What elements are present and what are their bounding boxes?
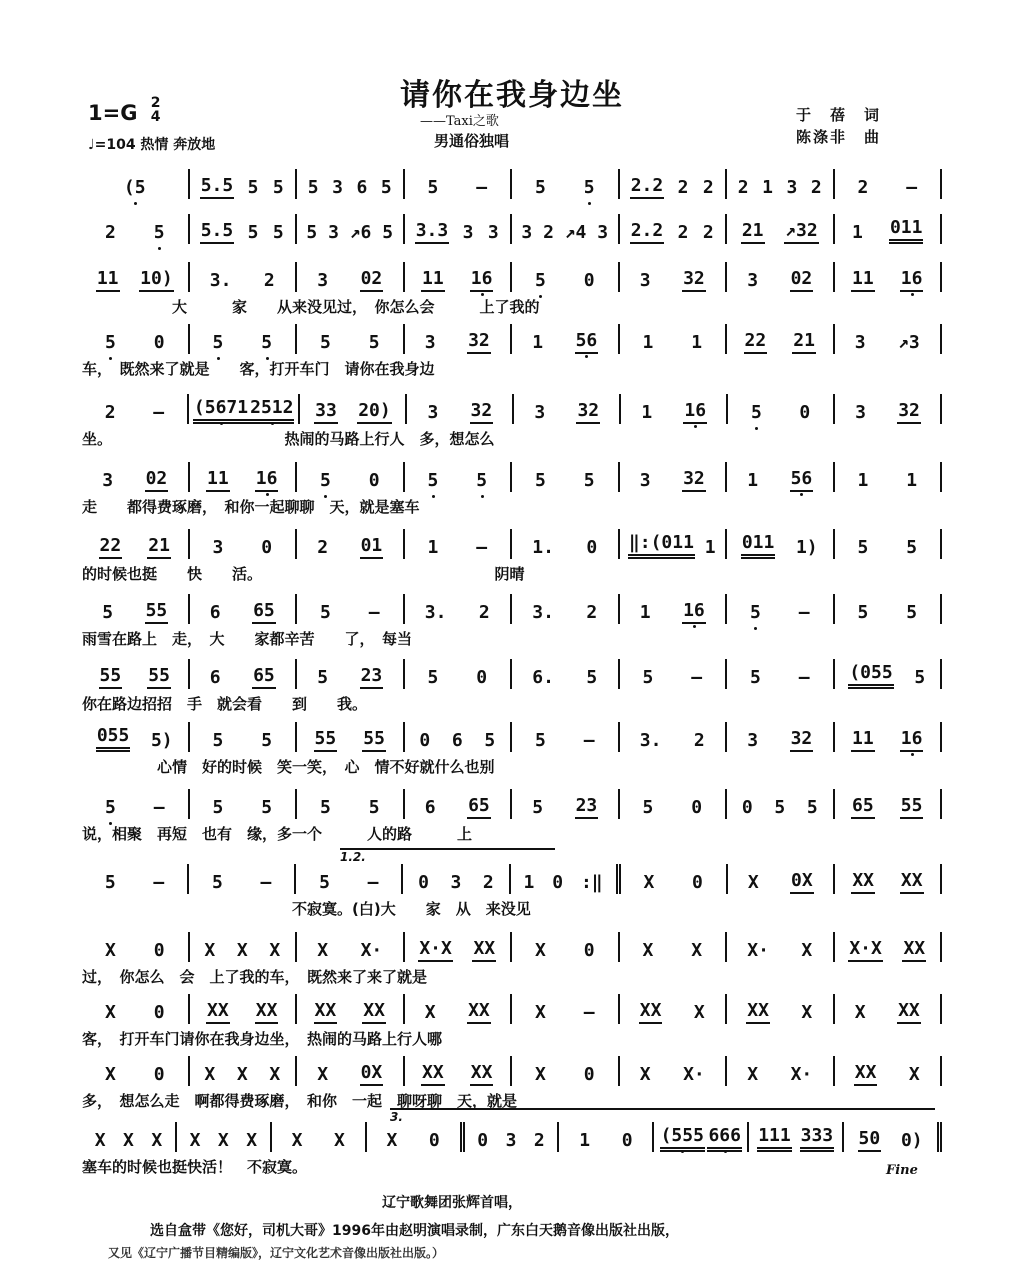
measure: 523 [512, 789, 620, 819]
note-group: 5 [305, 222, 318, 244]
measure: 55 [835, 594, 943, 624]
note-group: – [690, 667, 703, 689]
measure: XXX [190, 932, 298, 962]
note-group: 3 [746, 270, 759, 292]
score-row: 2221302011–1.0‖:(01110111)55的时候也挺 快 活。 阴… [82, 525, 942, 587]
note-group: 3 [487, 222, 500, 244]
measure: XX [620, 932, 728, 962]
note-group: 1 [578, 1130, 591, 1152]
measure: 1.0 [512, 529, 620, 559]
measure: 55 [512, 169, 620, 199]
measure: 5– [727, 594, 835, 624]
lyric-text: 客， 打开车门请你在我身边坐， 热闹的马路上行人哪 [82, 1028, 942, 1049]
note-group: X [747, 872, 760, 894]
note-group: 6 [451, 730, 464, 752]
lyrics-line: 的时候也挺 快 活。 阴晴 [82, 559, 942, 587]
note-group: 5 [380, 177, 393, 199]
score-row: XXXXXXXXX003210(555666111333500)塞车的时候也挺快… [82, 1118, 942, 1180]
score-row: X0XXXXXXXXXXXX–XXXXXXXXX客， 打开车门请你在我身边坐， … [82, 990, 942, 1052]
measure: 0111) [727, 529, 835, 559]
measure: X0 [512, 1056, 620, 1086]
note-group: 32 [470, 400, 494, 424]
note-group: 5 [806, 797, 819, 819]
notes-line: 5055553321561122213↗3 [82, 320, 942, 354]
note-group: 5 [641, 667, 654, 689]
note-group: 5 [104, 332, 117, 354]
note-group: 21 [792, 330, 816, 354]
note-group: X [534, 940, 547, 962]
measure: XXX [82, 1122, 177, 1152]
note-group: 65 [467, 795, 491, 819]
note-group: 5 [211, 797, 224, 819]
measure: 2– [835, 169, 943, 199]
note-group: 5 [319, 470, 332, 492]
measure: 55 [512, 462, 620, 492]
measure: 5– [727, 659, 835, 689]
note-group: X [104, 1002, 117, 1024]
note-group: X [534, 1064, 547, 1086]
key-signature: 1=G 2 4 [88, 100, 161, 128]
note-group: 55 [145, 600, 169, 624]
measure: X0 [82, 932, 190, 962]
note-group: 1 [851, 222, 864, 244]
note-group: XX [897, 1000, 921, 1024]
note-group: 2 [702, 222, 715, 244]
note-group: 0) [900, 1130, 924, 1152]
measure: XX [272, 1122, 367, 1152]
measure: 1– [405, 529, 513, 559]
measure: X0 [367, 1122, 465, 1152]
note-group: 3 [520, 222, 533, 244]
measure: 332 [727, 722, 835, 752]
note-group: X [291, 1130, 304, 1152]
note-group: – [798, 602, 811, 624]
note-group: X [639, 1064, 652, 1086]
measure: 50 [728, 394, 835, 424]
note-group: 5) [150, 730, 174, 752]
note-group: 22 [744, 330, 768, 354]
measure: 6.5 [512, 659, 620, 689]
note-group: 5 [247, 222, 260, 244]
measure: X0X [728, 864, 835, 894]
score-row: 0555)5555550655–3.23321116 心情 好的时候 笑一笑， … [82, 718, 942, 780]
note-group: 5 [534, 470, 547, 492]
note-group: XX [851, 870, 875, 894]
note-group: – [152, 402, 165, 424]
note-group: XX [362, 1000, 386, 1024]
note-group: 5 [319, 797, 332, 819]
note-group: XX [206, 1000, 230, 1024]
note-group: 65 [252, 600, 276, 624]
note-group: X [385, 1130, 398, 1152]
note-group: 16 [683, 400, 707, 424]
score-row: 5555665523506.55–5–(0555你在路边招招 手 就会看 到 我… [82, 655, 942, 717]
lyric-text: 走 都得费琢磨， 和你一起聊聊 天，就是塞车 [82, 496, 942, 517]
measure: 116 [620, 594, 728, 624]
measure: 1116 [190, 462, 298, 492]
note-group: 0X [790, 870, 814, 894]
volta-bracket-1-2: 1.2. [340, 848, 555, 864]
note-group: 5 [247, 177, 260, 199]
measure: X·XXX [405, 932, 513, 962]
note-group: 32 [467, 330, 491, 354]
note-group: 5 [475, 470, 488, 492]
measure: 5.555 [190, 169, 298, 199]
measure: 302 [297, 262, 405, 292]
score-row: (55.55553655–552.22221322– [82, 165, 942, 199]
lyric-text: 你在路边招招 手 就会看 到 我。 [82, 693, 942, 714]
measure: 32↗43 [512, 214, 620, 244]
note-group: 2512 [249, 397, 294, 424]
measure: 5– [405, 169, 513, 199]
note-group: XX [900, 870, 924, 894]
note-group: XX [467, 1000, 491, 1024]
notes-line: X0XXXXXXXXXXXX–XXXXXXXXX [82, 990, 942, 1024]
note-group: 22 [99, 535, 123, 559]
song-subtitle: ——Taxi之歌 [420, 110, 499, 129]
note-group: 2 [316, 537, 329, 559]
note-group: 0 [585, 537, 598, 559]
measure: XXXX [835, 864, 942, 894]
note-group: 3. [531, 602, 555, 624]
note-group: 0 [690, 797, 703, 819]
measure: 302 [727, 262, 835, 292]
measure: 11 [620, 324, 728, 354]
measure: 665 [190, 594, 298, 624]
lyrics-line: 塞车的时候也挺快活！ 不寂寞。 [82, 1152, 942, 1180]
measure: 156 [727, 462, 835, 492]
measure: 032 [403, 864, 510, 894]
note-group: 0 [691, 872, 704, 894]
measure: 50 [297, 462, 405, 492]
lyricist: 于 蓓 词 [796, 104, 881, 126]
measure: 2.222 [620, 169, 728, 199]
note-group: 23 [575, 795, 599, 819]
note-group: 6 [356, 177, 369, 199]
measure: XXX [177, 1122, 272, 1152]
note-group: 055 [96, 725, 131, 752]
lyric-text: 塞车的时候也挺快活！ 不寂寞。 [82, 1156, 942, 1177]
note-group: 20) [357, 400, 392, 424]
note-group: 0 [741, 797, 754, 819]
note-group: 21 [147, 535, 171, 559]
note-group: X [800, 1002, 813, 1024]
note-group: (555 [660, 1125, 705, 1152]
note-group: XX [854, 1062, 878, 1086]
note-group: 5 [426, 177, 439, 199]
note-group: X [150, 1130, 163, 1152]
note-group: X [316, 1064, 329, 1086]
note-group: 1 [522, 872, 535, 894]
note-group: 3 [424, 332, 437, 354]
note-group: 3 [505, 1130, 518, 1152]
note-group: 11 [851, 728, 875, 752]
note-group: ↗6 [349, 222, 373, 244]
note-group: 2 [702, 177, 715, 199]
note-group: 666 [707, 1125, 742, 1152]
measure: 3↗3 [835, 324, 943, 354]
note-group: 333 [800, 1125, 835, 1152]
measure: 10:‖ [511, 864, 621, 894]
note-group: 5 [368, 797, 381, 819]
measure: 1116 [835, 262, 943, 292]
note-group: 3 [854, 402, 867, 424]
note-group: 55 [147, 665, 171, 689]
measure: 55 [190, 789, 298, 819]
measure: 3.333 [405, 214, 513, 244]
note-group: ↗3 [897, 332, 921, 354]
measure: 5.555 [190, 214, 298, 244]
lyric-text: 的时候也挺 快 活。 阴晴 [82, 563, 942, 584]
measure: 25 [82, 214, 190, 244]
measure: X0X [297, 1056, 405, 1086]
note-group: 2 [478, 602, 491, 624]
note-group: 2 [737, 177, 750, 199]
performance-type: 男通俗独唱 [434, 130, 509, 151]
note-group: 2 [810, 177, 823, 199]
measure: 5– [296, 864, 403, 894]
note-group: 11 [851, 268, 875, 292]
note-group: 011 [889, 217, 924, 244]
measure: 50 [620, 789, 728, 819]
measure: X0 [621, 864, 728, 894]
measure: 11 [835, 462, 943, 492]
note-group: 5 [104, 872, 117, 894]
note-group: – [152, 872, 165, 894]
measure: 1116 [405, 262, 513, 292]
measure: 116 [621, 394, 728, 424]
note-group: 5 [750, 402, 763, 424]
note-group: 55 [362, 728, 386, 752]
note-group: X· [360, 940, 384, 962]
note-group: 1 [746, 470, 759, 492]
lyric-text: 坐。 热闹的马路上行人 多，想怎么 [82, 428, 942, 449]
note-group: 10) [139, 268, 174, 292]
note-group: 5 [211, 872, 224, 894]
note-group: X [122, 1130, 135, 1152]
note-group: (055 [848, 662, 893, 689]
note-group: 2 [856, 177, 869, 199]
footer-line-1: 辽宁歌舞团张辉首唱， [0, 1192, 1024, 1212]
note-group: 3 [639, 470, 652, 492]
measure: XXXX [190, 994, 298, 1024]
measure: 3.2 [620, 722, 728, 752]
note-group: – [905, 177, 918, 199]
lyrics-line: 不寂寞。(白)大 家 从 来没见 [82, 894, 942, 922]
measure: 55 [405, 462, 513, 492]
lyrics-line: 车， 既然来了就是 客，打开车门 请你在我身边 [82, 354, 942, 382]
note-group: 0 [476, 1130, 489, 1152]
measure: 032 [465, 1122, 560, 1152]
note-group: 1 [531, 332, 544, 354]
notes-line: 2–(567125123320)33233211650332 [82, 390, 942, 424]
notes-line: X0XXXX0XXXXXX0XX·XX·XXX [82, 1052, 942, 1086]
note-group: X [203, 1064, 216, 1086]
note-group: 3 [639, 270, 652, 292]
note-group: 1 [640, 402, 653, 424]
measure: XX· [727, 1056, 835, 1086]
note-group: ↗32 [784, 220, 819, 244]
note-group: 32 [897, 400, 921, 424]
measure: XX· [620, 1056, 728, 1086]
note-group: 32 [682, 468, 706, 492]
measure: 50 [405, 659, 513, 689]
measure: 55 [190, 722, 298, 752]
note-group: 01 [360, 535, 384, 559]
measure: 50 [512, 262, 620, 292]
note-group: 23 [360, 665, 384, 689]
measure: 0555) [82, 722, 190, 752]
notes-line: 5555665523506.55–5–(0555 [82, 655, 942, 689]
lyric-text: 车， 既然来了就是 客，打开车门 请你在我身边 [82, 358, 942, 379]
note-group: 2.2 [630, 220, 665, 244]
note-group: 3. [639, 730, 663, 752]
measure: 3.2 [512, 594, 620, 624]
note-group: – [367, 872, 380, 894]
note-group: 50 [858, 1128, 882, 1152]
note-group: 1) [795, 537, 819, 559]
note-group: 5 [211, 730, 224, 752]
note-group: 3 [533, 402, 546, 424]
score-row: 302111650555533215611走 都得费琢磨， 和你一起聊聊 天，就… [82, 458, 942, 520]
note-group: ‖:(011 [628, 532, 695, 559]
note-group: 5 [531, 797, 544, 819]
note-group: X· [746, 940, 770, 962]
note-group: 5 [318, 872, 331, 894]
measure: 5– [189, 864, 296, 894]
note-group: 5 [104, 797, 117, 819]
note-group: 0 [428, 1130, 441, 1152]
measure: X0 [82, 1056, 190, 1086]
lyric-text: 说，相聚 再短 也有 缘，多一个 人的路 上 [82, 823, 942, 844]
note-group: 3 [316, 270, 329, 292]
measure: (555666 [654, 1122, 749, 1152]
note-group: 3 [462, 222, 475, 244]
measure: 10 [559, 1122, 654, 1152]
note-group: 5 [749, 602, 762, 624]
note-group: 5 [585, 667, 598, 689]
note-group: – [583, 730, 596, 752]
note-group: 5.5 [200, 220, 235, 244]
note-group: 0 [153, 1064, 166, 1086]
note-group: 3 [331, 177, 344, 199]
footer-line-2: 选自盒带《您好，司机大哥》1996年由赵明演唱录制，广东白天鹅音像出版社出版， [0, 1220, 1024, 1240]
note-group: 5 [749, 667, 762, 689]
note-group: 5 [260, 730, 273, 752]
note-group: (5671 [193, 397, 249, 424]
measure: 3.2 [190, 262, 298, 292]
note-group: – [798, 667, 811, 689]
measure: XXX [835, 1056, 943, 1086]
measure: 523 [297, 659, 405, 689]
lyrics-line: 坐。 热闹的马路上行人 多，想怎么 [82, 424, 942, 452]
credits: 于 蓓 词 陈涤非 曲 [796, 104, 881, 148]
measure: 5– [82, 789, 190, 819]
note-group: 0 [153, 1002, 166, 1024]
note-group: 65 [252, 665, 276, 689]
note-group: 1 [426, 537, 439, 559]
fine-marking: Fine [886, 1163, 918, 1178]
note-group: 1 [905, 470, 918, 492]
note-group: 5 [534, 177, 547, 199]
note-group: 6 [209, 602, 222, 624]
note-group: 11 [96, 268, 120, 292]
note-group: ↗4 [564, 222, 588, 244]
note-group: – [260, 872, 273, 894]
tempo-marking: ♩=104 热情 奔放地 [88, 134, 215, 154]
note-group: 5 [913, 667, 926, 689]
note-group: 3 [450, 872, 463, 894]
note-group: X [854, 1002, 867, 1024]
note-group: 0 [551, 872, 564, 894]
note-group: X [268, 1064, 281, 1086]
note-group: 5 [260, 797, 273, 819]
note-group: XX [902, 938, 926, 962]
note-group: 3 [746, 730, 759, 752]
score-row: 1110)3.23021116503323021116 大 家 从来没见过， 你… [82, 258, 942, 320]
note-group: 3 [786, 177, 799, 199]
lyrics-line: 你在路边招招 手 就会看 到 我。 [82, 689, 942, 717]
measure: 2221 [727, 324, 835, 354]
measure: 201 [297, 529, 405, 559]
notes-line: 5–5555665523500556555 [82, 785, 942, 819]
note-group: 5.5 [200, 175, 235, 199]
note-group: XX [470, 1062, 494, 1086]
note-group: X [94, 1130, 107, 1152]
measure: 111333 [749, 1122, 844, 1152]
note-group: 6 [424, 797, 437, 819]
note-group: 5 [583, 470, 596, 492]
note-group: 2 [542, 222, 555, 244]
measure: X0 [512, 932, 620, 962]
measure: 1011 [835, 214, 943, 244]
lyrics-line: 说，相聚 再短 也有 缘，多一个 人的路 上 [82, 819, 942, 847]
note-group: X [245, 1130, 258, 1152]
measure: 2221 [82, 529, 190, 559]
note-group: XX [472, 938, 496, 962]
notes-line: 2221302011–1.0‖:(01110111)55 [82, 525, 942, 559]
notes-line: 302111650555533215611 [82, 458, 942, 492]
measure: 665 [190, 659, 298, 689]
note-group: 5 [483, 730, 496, 752]
note-group: 6 [209, 667, 222, 689]
measure: X·XXX [835, 932, 943, 962]
lyric-text: 心情 好的时候 笑一笑， 心 情不好就什么也别 [82, 756, 942, 777]
volta-bracket-3: 3. [390, 1108, 935, 1124]
measure: 53↗65 [297, 214, 405, 244]
note-group: 5 [426, 470, 439, 492]
note-group: 5 [260, 332, 273, 354]
note-group: 011 [741, 532, 776, 559]
lyrics-line: 客， 打开车门请你在我身边坐， 热闹的马路上行人哪 [82, 1024, 942, 1052]
lyric-text: 大 家 从来没见过， 你怎么会 上了我的 [82, 296, 942, 317]
measure: 065 [405, 722, 513, 752]
note-group: 02 [360, 268, 384, 292]
note-group: 5 [368, 332, 381, 354]
measure: 055 [727, 789, 835, 819]
note-group: 2 [677, 222, 690, 244]
note-group: 32 [576, 400, 600, 424]
measure: 5555 [297, 722, 405, 752]
note-group: X [424, 1002, 437, 1024]
composer: 陈涤非 曲 [796, 126, 881, 148]
notes-line: 255.55553↗653.33332↗432.22221↗321011 [82, 210, 942, 244]
measure: 332 [405, 324, 513, 354]
note-group: X· [682, 1064, 706, 1086]
measure: 2.222 [620, 214, 728, 244]
note-group: 5 [583, 177, 596, 199]
measure: XXX [405, 994, 513, 1024]
